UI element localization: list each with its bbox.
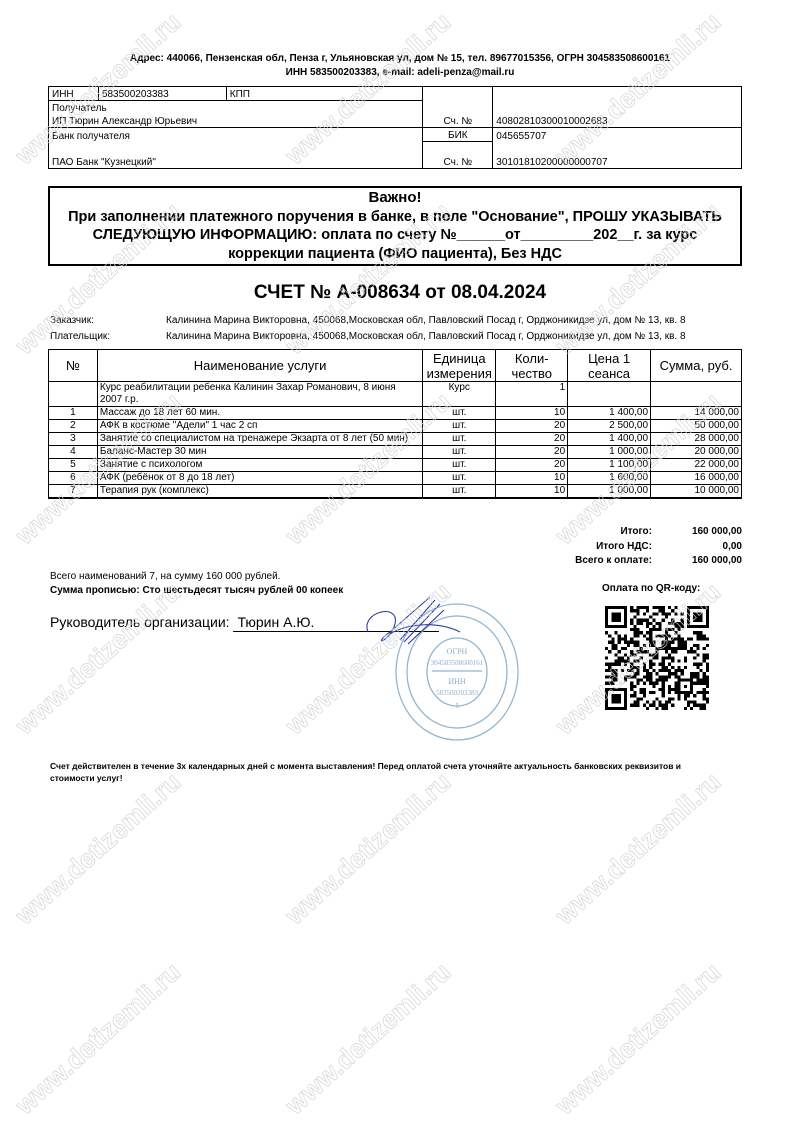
price-cell: 1 400,00 <box>568 433 651 446</box>
quantity-cell: 20 <box>496 459 568 472</box>
price-cell: 1 100,00 <box>568 459 651 472</box>
total-value: 160 000,00 <box>652 525 742 540</box>
table-row: 1Массаж до 18 лет 60 мин.шт.101 400,0014… <box>49 407 742 420</box>
col-qty: Коли-чество <box>496 350 568 382</box>
quantity-cell: 20 <box>496 446 568 459</box>
row-number-cell: 1 <box>49 407 98 420</box>
payer-row: Плательщик:Калинина Марина Викторовна, 4… <box>50 330 686 343</box>
important-line-3: коррекции пациента (ФИО пациента), Без Н… <box>50 245 740 264</box>
price-cell <box>568 382 651 407</box>
col-num: № <box>49 350 98 382</box>
amount-in-words: Сумма прописью: Сто шестьдесят тысяч руб… <box>50 584 343 598</box>
corr-account-label: Сч. № <box>423 155 493 169</box>
service-name-cell: Массаж до 18 лет 60 мин. <box>97 407 422 420</box>
col-name: Наименование услуги <box>97 350 422 382</box>
sum-cell: 16 000,00 <box>651 472 742 485</box>
quantity-cell: 20 <box>496 420 568 433</box>
invoice-page: Адрес: 440066, Пензенская обл, Пенза г, … <box>0 0 800 1131</box>
validity-notice: Счет действителен в течение 3х календарн… <box>50 760 760 784</box>
row-number-cell: 5 <box>49 459 98 472</box>
unit-cell: шт. <box>423 446 496 459</box>
table-row: 6АФК (ребёнок от 8 до 18 лет)шт.101 600,… <box>49 472 742 485</box>
table-row: 3Занятие со специалистом на тренажере Эк… <box>49 433 742 446</box>
table-row: Курс реабилитации ребенка Калинин Захар … <box>49 382 742 407</box>
col-sum: Сумма, руб. <box>651 350 742 382</box>
unit-cell: шт. <box>423 420 496 433</box>
bik-value: 045655707 <box>493 128 742 142</box>
row-number-cell: 3 <box>49 433 98 446</box>
sum-cell: 14 000,00 <box>651 407 742 420</box>
customer-row: Заказчик:Калинина Марина Викторовна, 450… <box>50 314 686 327</box>
quantity-cell: 10 <box>496 485 568 499</box>
bank-details-table: ИНН 583500203383 КПП Получатель ИП Тюрин… <box>48 86 742 169</box>
items-count-line: Всего наименований 7, на сумму 160 000 р… <box>50 570 343 584</box>
svg-text:1: 1 <box>455 701 459 710</box>
director-label: Руководитель организации: <box>50 614 230 630</box>
important-line-2: СЛЕДУЮЩУЮ ИНФОРМАЦИЮ: оплата по счету №_… <box>50 226 740 245</box>
price-cell: 2 500,00 <box>568 420 651 433</box>
table-row: 7Терапия рук (комплекс)шт.101 000,0010 0… <box>49 485 742 499</box>
table-row: 2АФК в костюме "Адели" 1 час 2 спшт.202 … <box>49 420 742 433</box>
price-cell: 1 600,00 <box>568 472 651 485</box>
unit-cell: шт. <box>423 459 496 472</box>
important-title: Важно! <box>50 189 740 208</box>
svg-text:304583508600161: 304583508600161 <box>431 659 484 667</box>
invoice-title: СЧЕТ № А-008634 от 08.04.2024 <box>40 282 760 304</box>
quantity-cell: 10 <box>496 407 568 420</box>
inn-label: ИНН <box>49 87 99 101</box>
price-cell: 1 000,00 <box>568 485 651 499</box>
row-number-cell: 4 <box>49 446 98 459</box>
due-label: Всего к оплате: <box>532 554 652 569</box>
recipient-label: Получатель <box>49 101 423 115</box>
company-inn-email: ИНН 583500203383, e-mail: adeli-penza@ma… <box>40 66 760 80</box>
customer-value: Калинина Марина Викторовна, 450068,Моско… <box>166 315 686 326</box>
watermark-text: www.detizemli.ru <box>9 767 187 931</box>
sum-cell: 50 000,00 <box>651 420 742 433</box>
items-table: № Наименование услуги Единица измерения … <box>48 349 742 499</box>
items-header-row: № Наименование услуги Единица измерения … <box>49 350 742 382</box>
service-name-cell: Занятие с психологом <box>97 459 422 472</box>
unit-cell: шт. <box>423 407 496 420</box>
important-notice: Важно! При заполнении платежного поручен… <box>48 186 742 266</box>
unit-cell: Курс <box>423 382 496 407</box>
price-cell: 1 000,00 <box>568 446 651 459</box>
quantity-cell: 10 <box>496 472 568 485</box>
due-value: 160 000,00 <box>652 554 742 569</box>
price-cell: 1 400,00 <box>568 407 651 420</box>
service-name-cell: Занятие со специалистом на тренажере Экз… <box>97 433 422 446</box>
service-name-cell: Баланс-Мастер 30 мин <box>97 446 422 459</box>
sum-cell <box>651 382 742 407</box>
watermark-text: www.detizemli.ru <box>279 767 457 931</box>
account-label: Сч. № <box>423 114 493 128</box>
service-name-cell: АФК (ребёнок от 8 до 18 лет) <box>97 472 422 485</box>
row-number-cell: 6 <box>49 472 98 485</box>
unit-cell: шт. <box>423 433 496 446</box>
customer-label: Заказчик: <box>50 314 166 327</box>
payer-value: Калинина Марина Викторовна, 450068,Моско… <box>166 331 686 342</box>
kpp-cell: КПП <box>226 87 423 101</box>
sum-cell: 20 000,00 <box>651 446 742 459</box>
watermark-text: www.detizemli.ru <box>9 957 187 1121</box>
payer-label: Плательщик: <box>50 330 166 343</box>
watermark-text: www.detizemli.ru <box>279 957 457 1121</box>
watermark-text: www.detizemli.ru <box>549 957 727 1121</box>
qr-code-icon <box>605 606 709 710</box>
totals-block: Итого:160 000,00 Итого НДС:0,00 Всего к … <box>532 525 742 569</box>
sum-cell: 28 000,00 <box>651 433 742 446</box>
validity-line-2: стоимости услуг! <box>50 772 760 784</box>
quantity-cell: 1 <box>496 382 568 407</box>
table-row: 4Баланс-Мастер 30 миншт.201 000,0020 000… <box>49 446 742 459</box>
service-name-cell: Терапия рук (комплекс) <box>97 485 422 499</box>
table-row: 5Занятие с психологомшт.201 100,0022 000… <box>49 459 742 472</box>
svg-text:ИНН: ИНН <box>448 677 466 686</box>
service-name-cell: Курс реабилитации ребенка Калинин Захар … <box>97 382 422 407</box>
row-number-cell: 7 <box>49 485 98 499</box>
bank-value: ПАО Банк "Кузнецкий" <box>49 155 423 169</box>
sum-cell: 22 000,00 <box>651 459 742 472</box>
important-line-1: При заполнении платежного поручения в ба… <box>50 208 740 227</box>
summary-block: Всего наименований 7, на сумму 160 000 р… <box>50 570 343 598</box>
col-price: Цена 1 сеанса <box>568 350 651 382</box>
inn-value: 583500203383 <box>98 87 226 101</box>
quantity-cell: 20 <box>496 433 568 446</box>
corr-account-value: 30101810200000000707 <box>493 155 742 169</box>
watermark-text: www.detizemli.ru <box>549 767 727 931</box>
validity-line-1: Счет действителен в течение 3х календарн… <box>50 760 760 772</box>
company-header: Адрес: 440066, Пензенская обл, Пенза г, … <box>40 52 760 80</box>
bank-label: Банк получателя <box>49 128 423 142</box>
service-name-cell: АФК в костюме "Адели" 1 час 2 сп <box>97 420 422 433</box>
company-address: Адрес: 440066, Пензенская обл, Пенза г, … <box>40 52 760 66</box>
account-value: 40802810300010002683 <box>493 114 742 128</box>
recipient-value: ИП Тюрин Александр Юрьевич <box>49 114 423 128</box>
signature-icon <box>360 592 470 652</box>
total-label: Итого: <box>532 525 652 540</box>
row-number-cell: 2 <box>49 420 98 433</box>
qr-label: Оплата по QR-коду: <box>602 583 700 594</box>
svg-text:583500203383: 583500203383 <box>436 689 479 697</box>
unit-cell: шт. <box>423 485 496 499</box>
vat-label: Итого НДС: <box>532 540 652 555</box>
row-number-cell <box>49 382 98 407</box>
col-unit: Единица измерения <box>423 350 496 382</box>
sum-cell: 10 000,00 <box>651 485 742 499</box>
watermark-text: www.detizemli.ru <box>9 577 187 741</box>
vat-value: 0,00 <box>652 540 742 555</box>
bik-label: БИК <box>423 128 493 142</box>
unit-cell: шт. <box>423 472 496 485</box>
